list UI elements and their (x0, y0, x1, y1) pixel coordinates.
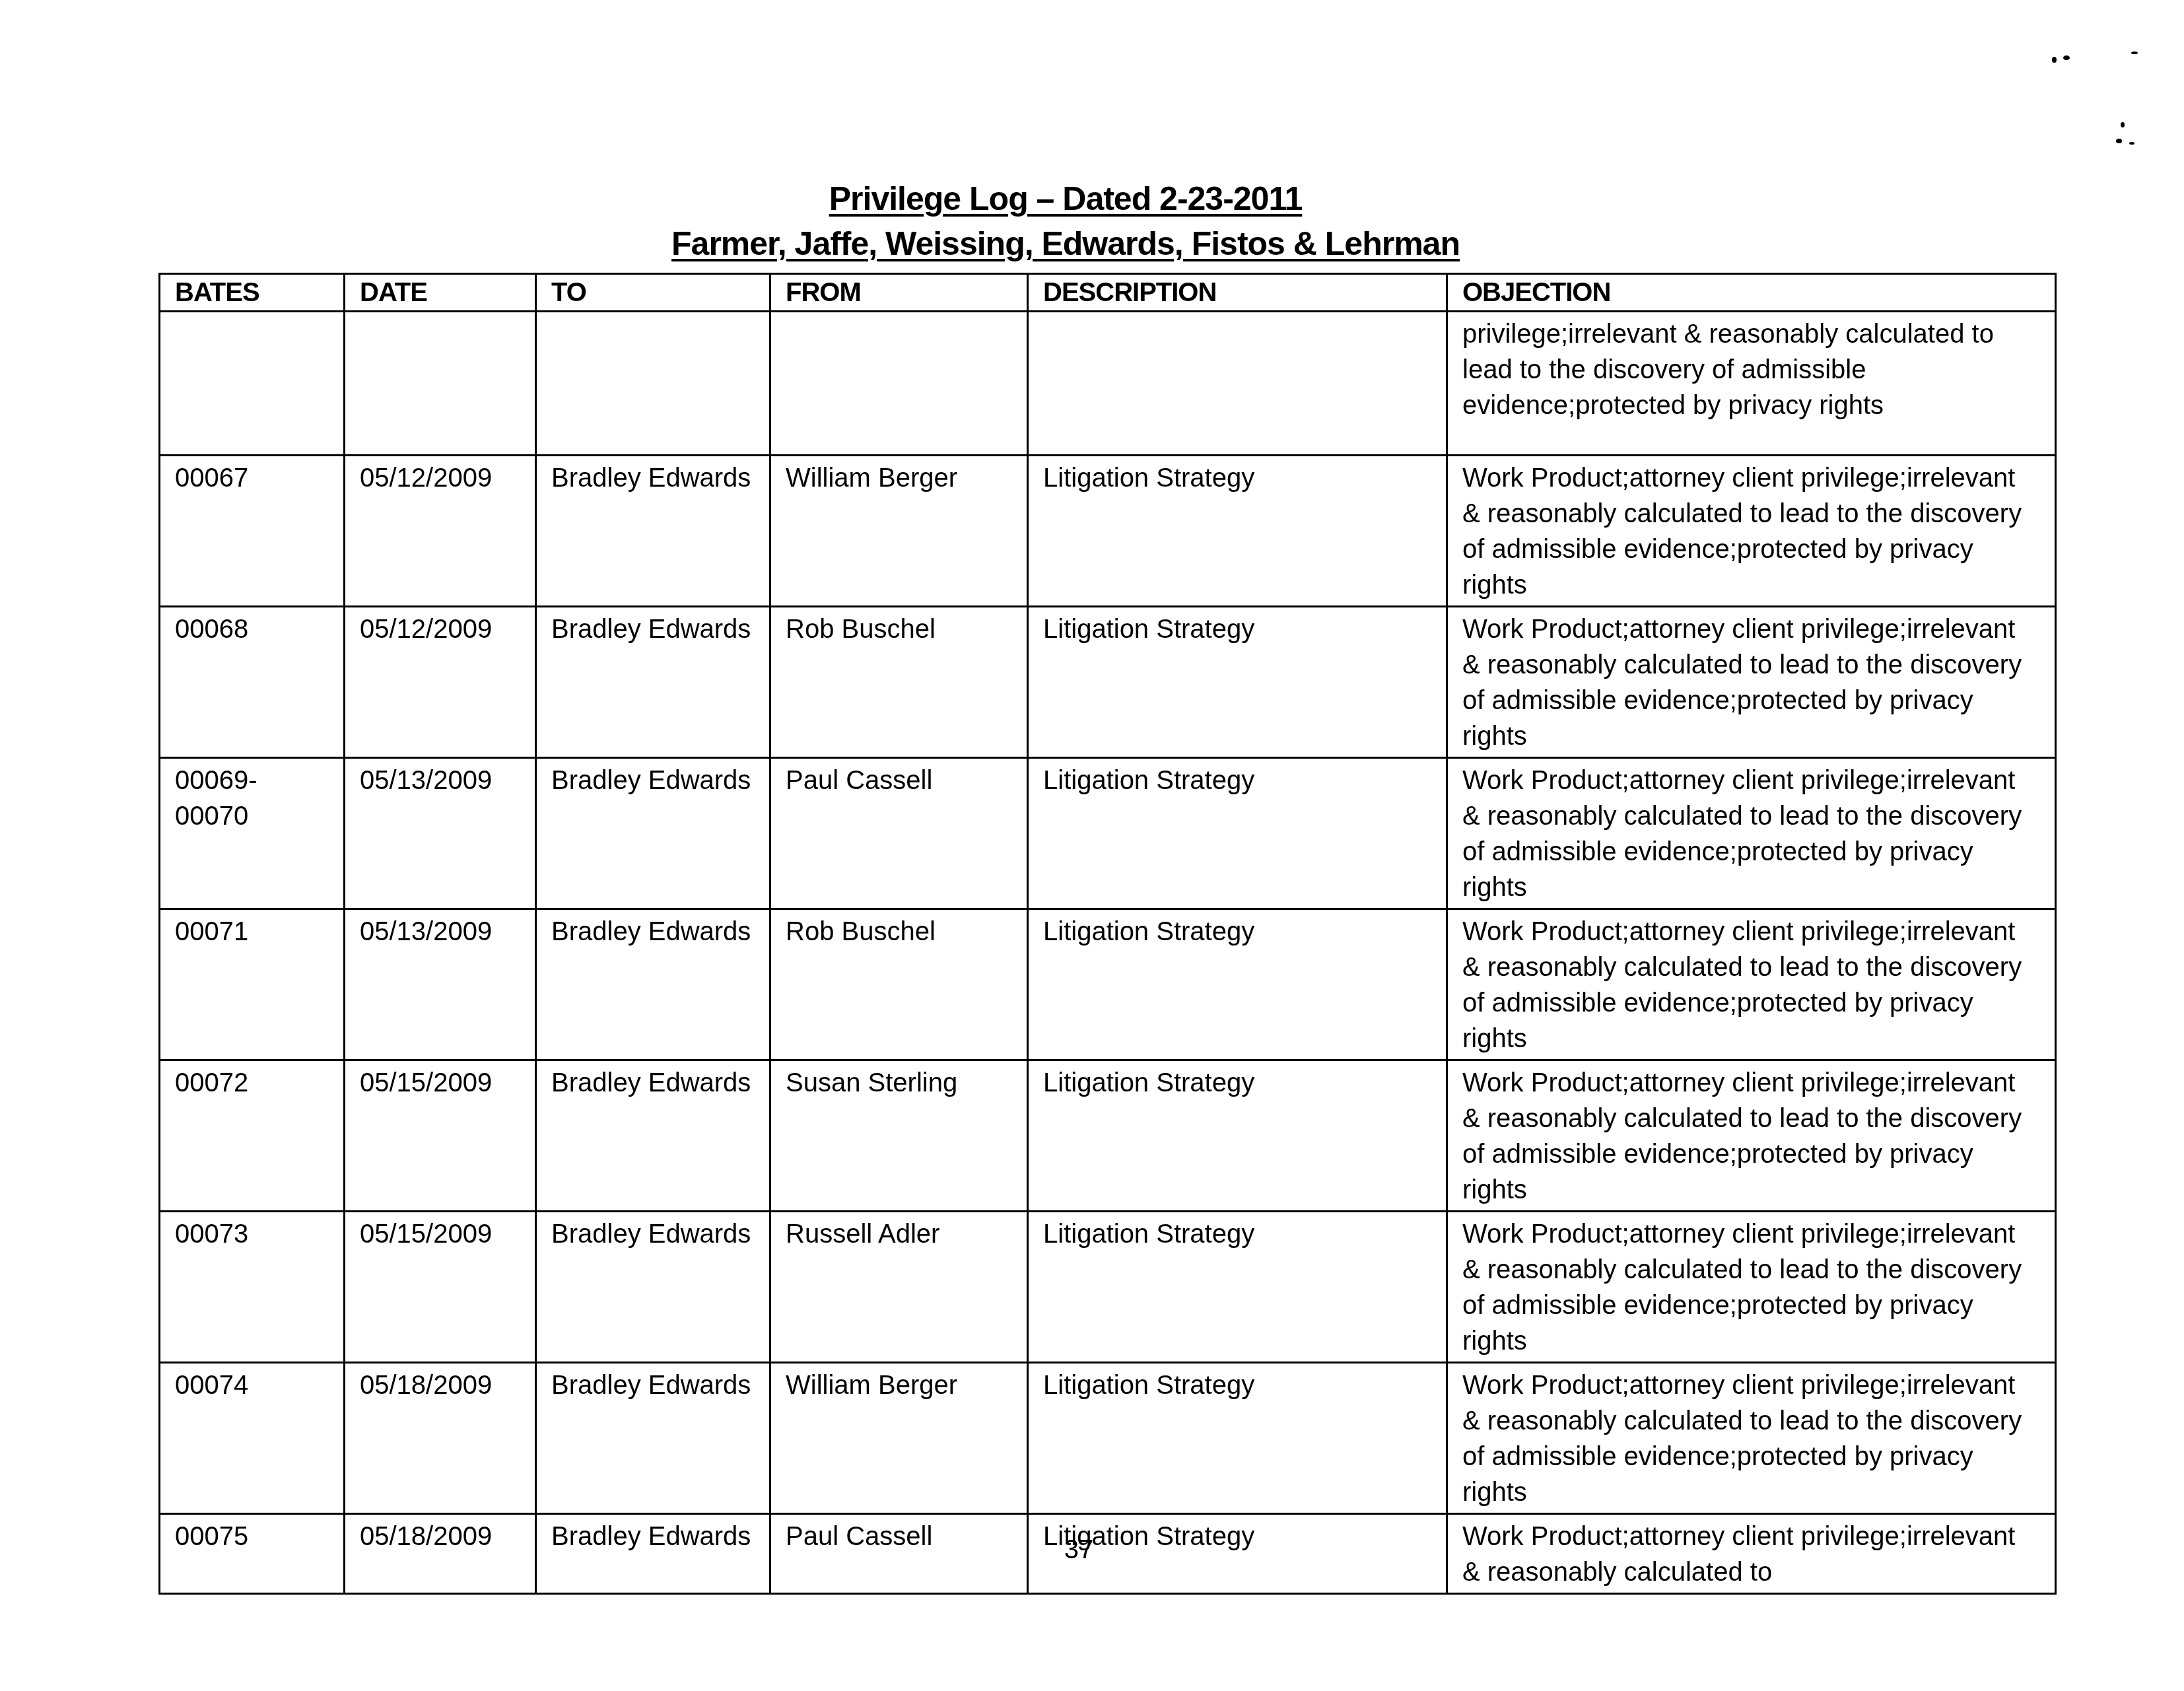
table-row: 0007305/15/2009Bradley EdwardsRussell Ad… (160, 1212, 2056, 1363)
column-header-bates: BATES (160, 274, 345, 312)
cell-date: 05/13/2009 (345, 909, 536, 1060)
cell-to: Bradley Edwards (536, 1363, 770, 1514)
cell-bates: 00067 (160, 456, 345, 607)
cell-date: 05/12/2009 (345, 456, 536, 607)
table-row: 0007105/13/2009Bradley EdwardsRob Busche… (160, 909, 2056, 1060)
scan-speck (2116, 139, 2122, 143)
cell-bates: 00068 (160, 607, 345, 758)
cell-date: 05/18/2009 (345, 1363, 536, 1514)
cell-to: Bradley Edwards (536, 607, 770, 758)
cell-description: Litigation Strategy (1028, 758, 1447, 909)
cell-objection: Work Product;attorney client privilege;i… (1447, 1060, 2056, 1212)
cell-description: Litigation Strategy (1028, 909, 1447, 1060)
cell-from: William Berger (770, 456, 1028, 607)
column-header-to: TO (536, 274, 770, 312)
cell-to: Bradley Edwards (536, 1212, 770, 1363)
scan-speck (2129, 142, 2134, 145)
cell-date (345, 312, 536, 456)
cell-to: Bradley Edwards (536, 1060, 770, 1212)
cell-objection: Work Product;attorney client privilege;i… (1447, 1212, 2056, 1363)
cell-date: 05/12/2009 (345, 607, 536, 758)
cell-description: Litigation Strategy (1028, 607, 1447, 758)
scan-speck (2063, 55, 2070, 60)
column-header-description: DESCRIPTION (1028, 274, 1447, 312)
document-subtitle: Farmer, Jaffe, Weissing, Edwards, Fistos… (0, 224, 2158, 263)
cell-objection: Work Product;attorney client privilege;i… (1447, 909, 2056, 1060)
scan-speck (2052, 57, 2057, 63)
cell-to (536, 312, 770, 456)
table-header-row: BATES DATE TO FROM DESCRIPTION OBJECTION (160, 274, 2056, 312)
document-title: Privilege Log – Dated 2-23-2011 (0, 180, 2158, 218)
table-row: 0006705/12/2009Bradley EdwardsWilliam Be… (160, 456, 2056, 607)
cell-description (1028, 312, 1447, 456)
cell-to: Bradley Edwards (536, 758, 770, 909)
cell-to: Bradley Edwards (536, 456, 770, 607)
cell-from: Russell Adler (770, 1212, 1028, 1363)
cell-objection: Work Product;attorney client privilege;i… (1447, 1363, 2056, 1514)
cell-description: Litigation Strategy (1028, 1363, 1447, 1514)
column-header-from: FROM (770, 274, 1028, 312)
cell-from: Susan Sterling (770, 1060, 1028, 1212)
cell-description: Litigation Strategy (1028, 1212, 1447, 1363)
cell-bates: 00071 (160, 909, 345, 1060)
cell-from (770, 312, 1028, 456)
privilege-log-table: BATES DATE TO FROM DESCRIPTION OBJECTION… (158, 273, 2057, 1595)
table-row: 00069-0007005/13/2009Bradley EdwardsPaul… (160, 758, 2056, 909)
scan-speck (2131, 52, 2138, 54)
cell-from: Rob Buschel (770, 909, 1028, 1060)
table-row: 0006805/12/2009Bradley EdwardsRob Busche… (160, 607, 2056, 758)
cell-bates: 00072 (160, 1060, 345, 1212)
column-header-objection: OBJECTION (1447, 274, 2056, 312)
table-row: 0007405/18/2009Bradley EdwardsWilliam Be… (160, 1363, 2056, 1514)
page-number: 37 (0, 1535, 2171, 1565)
table-row-continued: privilege;irrelevant & reasonably calcul… (160, 312, 2056, 456)
cell-from: Rob Buschel (770, 607, 1028, 758)
cell-date: 05/15/2009 (345, 1212, 536, 1363)
cell-description: Litigation Strategy (1028, 456, 1447, 607)
cell-objection: Work Product;attorney client privilege;i… (1447, 758, 2056, 909)
cell-description: Litigation Strategy (1028, 1060, 1447, 1212)
cell-from: Paul Cassell (770, 758, 1028, 909)
cell-to: Bradley Edwards (536, 909, 770, 1060)
cell-objection: Work Product;attorney client privilege;i… (1447, 607, 2056, 758)
cell-date: 05/13/2009 (345, 758, 536, 909)
cell-objection: privilege;irrelevant & reasonably calcul… (1447, 312, 2056, 456)
cell-bates: 00069-00070 (160, 758, 345, 909)
cell-bates: 00073 (160, 1212, 345, 1363)
cell-bates: 00074 (160, 1363, 345, 1514)
cell-objection: Work Product;attorney client privilege;i… (1447, 456, 2056, 607)
cell-from: William Berger (770, 1363, 1028, 1514)
cell-date: 05/15/2009 (345, 1060, 536, 1212)
table-row: 0007205/15/2009Bradley EdwardsSusan Ster… (160, 1060, 2056, 1212)
cell-bates (160, 312, 345, 456)
column-header-date: DATE (345, 274, 536, 312)
scan-speck (2121, 122, 2125, 127)
